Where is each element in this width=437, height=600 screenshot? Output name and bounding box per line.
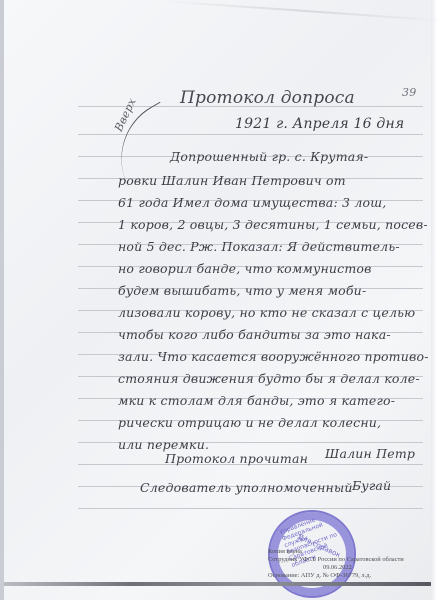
page-left-edge	[0, 0, 4, 600]
body-line: ровки Шалин Иван Петрович от	[118, 173, 346, 188]
body-line: ной 5 дес. Рж. Показал: Я действитель-	[118, 239, 400, 254]
body-line: зали. Что касается вооружённого противо-	[118, 349, 429, 364]
body-line: стояния движения будто бы я делал коле-	[118, 371, 420, 386]
certification-block: Копия верна Сотрудник УФСБ России по Сар…	[268, 548, 404, 580]
scan-bottom-shadow	[4, 582, 431, 586]
body-line: мки к столам для банды, это я катего-	[118, 393, 395, 408]
body-line: будем вышибать, что у меня моби-	[118, 283, 366, 298]
interrogator-signature: Бугай	[352, 478, 391, 493]
document-date: 1921 г. Апреля 16 дня	[235, 116, 404, 132]
page-right-edge	[431, 0, 437, 600]
paper-fold-crease	[160, 0, 437, 22]
sheet-number: 39	[402, 86, 416, 99]
cert-line-officer: Сотрудник УФСБ России по Саратовской обл…	[268, 556, 404, 564]
body-line: рически отрицаю и не делал колесни,	[118, 415, 381, 430]
ruled-line	[78, 508, 423, 509]
body-line: 1 коров, 2 овцы, 3 десятины, 1 семьи, по…	[118, 217, 428, 232]
document-title: Протокол допроса	[180, 88, 355, 108]
witness-signature: Шалин Петр	[325, 446, 415, 461]
interrogator-line: Следователь уполномоченный	[140, 480, 353, 495]
body-line: чтобы кого либо бандиты за это нака-	[118, 327, 391, 342]
cert-line-copy: Копия верна	[268, 548, 404, 556]
cert-line-date: 09.06.2022	[268, 564, 404, 572]
closing-line: Протокол прочитан	[165, 451, 308, 466]
scanned-document-page: 39 Вверх Протокол допроса 1921 г. Апреля…	[0, 0, 437, 600]
body-line: лизовали корову, но кто не сказал с цель…	[118, 305, 415, 320]
body-line: 61 года Имел дома имущества: 3 лош,	[118, 195, 386, 210]
body-line: но говорил банде, что коммунистов	[118, 261, 372, 276]
body-line: Допрошенный гр. с. Крутая-	[170, 149, 368, 164]
body-line: или перемки.	[118, 437, 209, 452]
cert-line-basis: Основание: АПУ д. № ОФ-36779, л.д.	[268, 572, 404, 580]
